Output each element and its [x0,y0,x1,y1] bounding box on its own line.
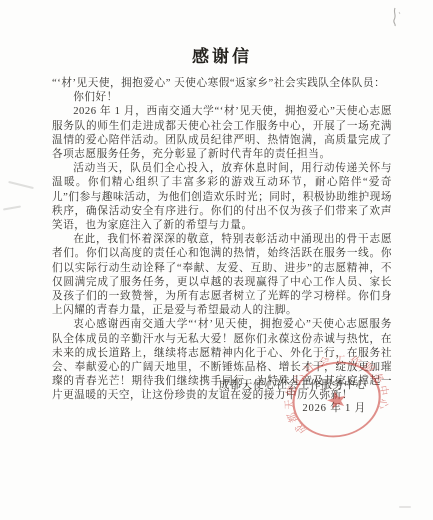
letter-content: 感谢信 “‘材’见天使，拥抱爱心” 天使心寒假“返家乡”社会实践队全体队员： 你… [52,46,392,404]
paragraph-2: 活动当天，队员们全心投入，放弃休息时间，用行动传递关怀与温暖。你们精心组织了丰富… [52,162,392,233]
ink-scribble-mark [389,6,403,28]
greeting-line: 你们好！ [52,91,392,105]
paragraph-1: 2026 年 1 月，西南交通大学“‘材’见天使，拥抱爱心”天使心志愿服务队的师… [52,105,392,162]
paragraph-3: 在此，我们怀着深深的敬意，特别表彰活动中涌现出的骨干志愿者们。你们以高度的责任心… [52,233,392,318]
letter-title: 感谢信 [52,46,392,67]
signature-block: 成都天使心社会工作服务中心 2026 年 1 月 [219,379,367,416]
scan-smudge [8,181,34,189]
signature-date: 2026 年 1 月 [219,402,366,416]
salutation-line: “‘材’见天使，拥抱爱心” 天使心寒假“返家乡”社会实践队全体队员： [52,77,392,91]
scan-smudge [3,205,21,210]
signature-organization: 成都天使心社会工作服务中心 [219,379,367,393]
letter-page: 感谢信 “‘材’见天使，拥抱爱心” 天使心寒假“返家乡”社会实践队全体队员： 你… [0,0,433,520]
scan-smudge [399,506,411,508]
letter-body: “‘材’见天使，拥抱爱心” 天使心寒假“返家乡”社会实践队全体队员： 你们好！ … [52,77,392,404]
